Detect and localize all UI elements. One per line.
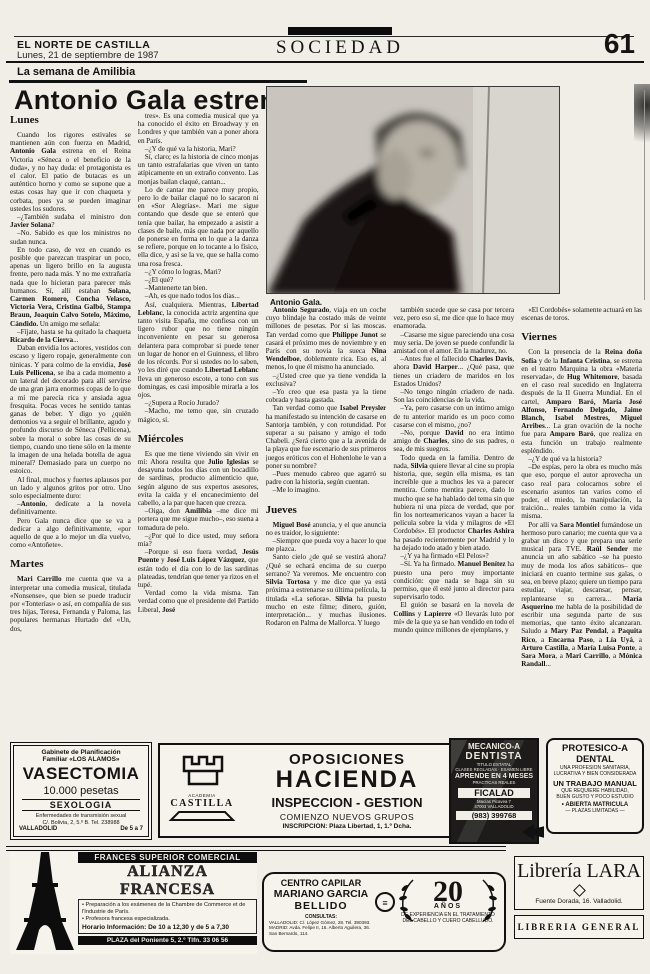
article-paragraph: –Me lo imagino. xyxy=(266,486,387,494)
ad-header: Familiar «LOS ALAMOS» xyxy=(16,756,146,763)
ad-subtitle: UN TRABAJO MANUAL xyxy=(550,779,640,788)
ad-price: 10.000 pesetas xyxy=(16,785,146,797)
article-paragraph: –Ah, es que nado todos los días... xyxy=(138,292,259,300)
ad-city: VALLADOLID xyxy=(19,826,57,832)
article-paragraph: –Antes fue el fallecido Charles Davis, a… xyxy=(393,355,514,388)
page-number: 61 xyxy=(604,28,635,60)
castilla-label: CASTILLA xyxy=(164,798,240,809)
article-paragraph: Miguel Bosé anuncia, y el que anuncia no… xyxy=(266,521,387,537)
ad-line: COMIENZO NUEVOS GRUPOS xyxy=(240,812,454,822)
eiffel-tower-icon xyxy=(10,850,80,954)
article-paragraph: –¿Supera a Rocío Jurado? xyxy=(138,399,259,407)
article-paragraph: Sí, claro; es la historia de cinco monja… xyxy=(138,153,259,186)
article-paragraph: –Antonio, dedícate a la novela definitiv… xyxy=(10,500,131,516)
ad-libreria-lara: Librería LARA Fuente Dorada, 16. Vallado… xyxy=(514,856,644,939)
ad-title: DENTISTA xyxy=(452,751,536,762)
ad-line: PRACTICAS REALES xyxy=(452,780,536,785)
article-paragraph: –¿Y de qué va la historia? xyxy=(521,455,642,463)
article-paragraph: Al final, muchos y fuertes aplausos por … xyxy=(10,476,131,501)
ad-title: BELLIDO xyxy=(269,900,373,912)
article-paragraph: Verdad como la vida misma. Tan verdad co… xyxy=(138,589,259,614)
article-paragraph: Todo queda en la familia. Dentro de nada… xyxy=(393,454,514,552)
article-paragraph: –Mantenerte tan bien. xyxy=(138,284,259,292)
ad-title: MARIANO GARCIA xyxy=(269,888,373,900)
ad-brand: FICALAD xyxy=(458,788,530,798)
castle-logo: ACADEMIA CASTILLA xyxy=(164,754,240,827)
article-paragraph: –Fíjate, hasta se ha quitado la chaqueta… xyxy=(10,328,131,344)
article-paragraph: Con la presencia de la Reina doña Sofía … xyxy=(521,348,642,455)
ad-title: CENTRO CAPILAR xyxy=(269,878,373,888)
article-paragraph: Así, cualquiera. Mientras, Libertad Lebl… xyxy=(138,301,259,399)
section-bar xyxy=(288,27,392,35)
ad-centro-capilar: CENTRO CAPILAR MARIANO GARCIA BELLIDO CO… xyxy=(262,872,506,952)
article-paragraph: Es que me tiene viviendo sin vivir en mí… xyxy=(138,450,259,507)
ads-separator-rule xyxy=(6,846,506,851)
article-column-4: también sucede que se casa por tercera v… xyxy=(393,112,514,742)
laurel-wreath-icon xyxy=(399,878,415,922)
ad-title: HACIENDA xyxy=(240,766,454,794)
photo-spacer xyxy=(266,112,387,306)
article-paragraph: –¿También sudaba el ministro don Javier … xyxy=(10,213,131,229)
article-paragraph: –¿Usted cree que ya tiene vendida la exc… xyxy=(266,372,387,388)
ad-bullet: • Profesora francesa especializada. xyxy=(82,916,253,923)
article-paragraph: –¿Y ya ha firmado «El Pelos»? xyxy=(393,552,514,560)
section-title: SOCIEDAD xyxy=(240,37,440,59)
photo-spacer xyxy=(521,112,642,306)
ad-address: 47003 VALLADOLID xyxy=(452,804,536,809)
kicker-rule xyxy=(9,80,307,83)
castle-base-icon xyxy=(167,810,237,822)
day-heading: Martes xyxy=(10,558,131,570)
article-paragraph: –De espías, pero la obra es mucho más qu… xyxy=(521,463,642,520)
article-paragraph: tres». Es una comedia musical que ya ha … xyxy=(138,112,259,145)
ad-line: — PLAZAS LIMITADAS — xyxy=(550,808,640,814)
ad-hours: Horario Información: De 10 a 12,30 y de … xyxy=(82,924,253,931)
article-paragraph: –Sí. Ya ha firmado. Manuel Benítez ha pu… xyxy=(393,560,514,601)
article-paragraph: –Porque si eso fuera verdad, Jesús Puent… xyxy=(138,548,259,589)
ad-line: INSCRIPCION: Plaza Libertad, 1, 1.º Dcha… xyxy=(240,823,454,830)
article-paragraph: Mari Carrillo me cuenta que va a interpr… xyxy=(10,575,131,632)
ad-line: MADRID: Avda. Felipe II, 16. Alberto Agu… xyxy=(269,925,373,936)
article-column-2: tres». Es una comedia musical que ya ha … xyxy=(138,112,259,742)
ad-ficalad-dentista: MECANICO-A DENTISTA TITULO ESTATAL CLASE… xyxy=(449,738,539,844)
laurel-wreath-icon xyxy=(481,878,497,922)
article-paragraph: Pero Gala nunca dice que se va a dedicar… xyxy=(10,517,131,550)
ad-title: MECANICO-A xyxy=(452,742,536,751)
article-paragraph: –No. Sabido es que los ministros no suda… xyxy=(10,229,131,245)
ad-academia-castilla: ACADEMIA CASTILLA OPOSICIONES HACIENDA I… xyxy=(158,743,460,838)
article-paragraph: –No tengo ningún criadero de nada. Son l… xyxy=(393,388,514,404)
ad-title: PROTESICO-A DENTAL xyxy=(550,743,640,765)
article-paragraph: –Siempre que pueda voy a hacer lo que me… xyxy=(266,537,387,553)
lara-logo-icon xyxy=(573,884,586,897)
article-paragraph: –¿El qué? xyxy=(138,276,259,284)
article-paragraph: –Casarse me sigue pareciendo una cosa mu… xyxy=(393,331,514,356)
ad-line: LUCRATIVA Y BIEN CONSIDERADA xyxy=(550,771,640,777)
ad-subtitle: LIBRERIA GENERAL xyxy=(514,915,644,939)
photo-spacer xyxy=(393,112,514,306)
article-paragraph: Lo de cantar me parece muy propio, pero … xyxy=(138,186,259,268)
ad-line: APRENDE EN 4 MESES xyxy=(452,773,536,780)
article-paragraph: –Macho, me temo que, sin cruzado mágico,… xyxy=(138,407,259,423)
article-column-1: LunesCuando los rigores estivales se man… xyxy=(10,112,131,742)
header-rule-bottom xyxy=(6,61,644,63)
article-column-3: Antonio Segurado, viaja en un coche cuyo… xyxy=(266,112,387,742)
ad-subtitle: SEXOLOGIA xyxy=(22,799,140,811)
article-paragraph: Daban envidia los actores, vestidos con … xyxy=(10,344,131,475)
article-paragraph: Tan verdad como que Isabel Preysler ha m… xyxy=(266,404,387,470)
article-columns: LunesCuando los rigores estivales se man… xyxy=(10,112,642,742)
day-heading: Jueves xyxy=(266,504,387,516)
article-paragraph: Por allí va Sara Montiel fumándose un he… xyxy=(521,521,642,669)
ad-los-alamos: Gabinete de Planificación Familiar «LOS … xyxy=(10,742,152,840)
castle-icon xyxy=(167,754,237,788)
ad-line: BUEN GUSTO Y POCO ESTUDIO xyxy=(550,794,640,800)
ad-hours: De 5 a 7 xyxy=(120,826,143,832)
newspaper-page: EL NORTE DE CASTILLA Lunes, 21 de septie… xyxy=(0,0,650,974)
ad-address: PLAZA del Poniente 5, 2.º Tlfn. 33 06 56 xyxy=(78,936,257,945)
ad-alianza-francesa: FRANCES SUPERIOR COMERCIAL ALIANZA FRANC… xyxy=(10,852,257,954)
article-paragraph: –¿Y de qué va la historia, Mari? xyxy=(138,145,259,153)
article-paragraph: Santo cielo ¿de qué se vestirá ahora? ¿Q… xyxy=(266,553,387,627)
day-heading: Lunes xyxy=(10,114,131,126)
article-paragraph: –Oiga, don Amilibia –me dice mi portera … xyxy=(138,507,259,532)
ad-phone: (983) 399768 xyxy=(456,811,532,820)
capilar-emblem-icon: ≡ xyxy=(375,892,395,912)
day-heading: Viernes xyxy=(521,331,642,343)
article-paragraph: El guión se basará en la novela de Colli… xyxy=(393,601,514,634)
ad-title: VASECTOMIA xyxy=(16,764,146,784)
article-paragraph: –Ya, pero casarse con un íntimo amigo de… xyxy=(393,404,514,429)
article-paragraph: «El Cordobés» solamente actuará en las e… xyxy=(521,306,642,322)
dateline: Lunes, 21 de septiembre de 1987 xyxy=(17,50,159,61)
ad-subtitle: INSPECCION - GESTION xyxy=(240,795,454,810)
article-column-5: «El Cordobés» solamente actuará en las e… xyxy=(521,112,642,742)
article-paragraph: también sucede que se casa por tercera v… xyxy=(393,306,514,331)
article-paragraph: –¿Por qué lo dice usted, muy señora mía? xyxy=(138,532,259,548)
ad-bullet: • Preparación a los exámenes de la Chamb… xyxy=(82,902,253,916)
article-paragraph: Cuando los rigores estivales se mantiene… xyxy=(10,131,131,213)
article-paragraph: –¿Y cómo lo logras, Mari? xyxy=(138,268,259,276)
article-paragraph: –No, porque David no era íntimo amigo de… xyxy=(393,429,514,454)
ad-header: Gabinete de Planificación xyxy=(16,749,146,756)
ad-address: Fuente Dorada, 16. Valladolid. xyxy=(517,898,641,905)
article-paragraph: –Pues menudo cabreo que agarró su padre … xyxy=(266,470,387,486)
article-paragraph: Antonio Segurado, viaja en un coche cuyo… xyxy=(266,306,387,372)
ad-header: FRANCES SUPERIOR COMERCIAL xyxy=(78,852,257,863)
ad-protesico-dental: PROTESICO-A DENTAL UNA PROFESION SANITAR… xyxy=(546,738,644,834)
column-kicker: La semana de Amilibia xyxy=(17,66,135,78)
ad-line: CLASES REGLADAS · EXAMEN LIBRE xyxy=(452,767,536,772)
ad-title: ALIANZA FRANCESA xyxy=(78,863,257,899)
day-heading: Miércoles xyxy=(138,433,259,445)
article-paragraph: En todo caso, de vez en cuando es posibl… xyxy=(10,246,131,328)
article-paragraph: –Yo creo que esa pasta ya la tiene cobra… xyxy=(266,388,387,404)
ad-title: Librería LARA xyxy=(517,860,641,883)
page-edge-line xyxy=(644,90,645,300)
